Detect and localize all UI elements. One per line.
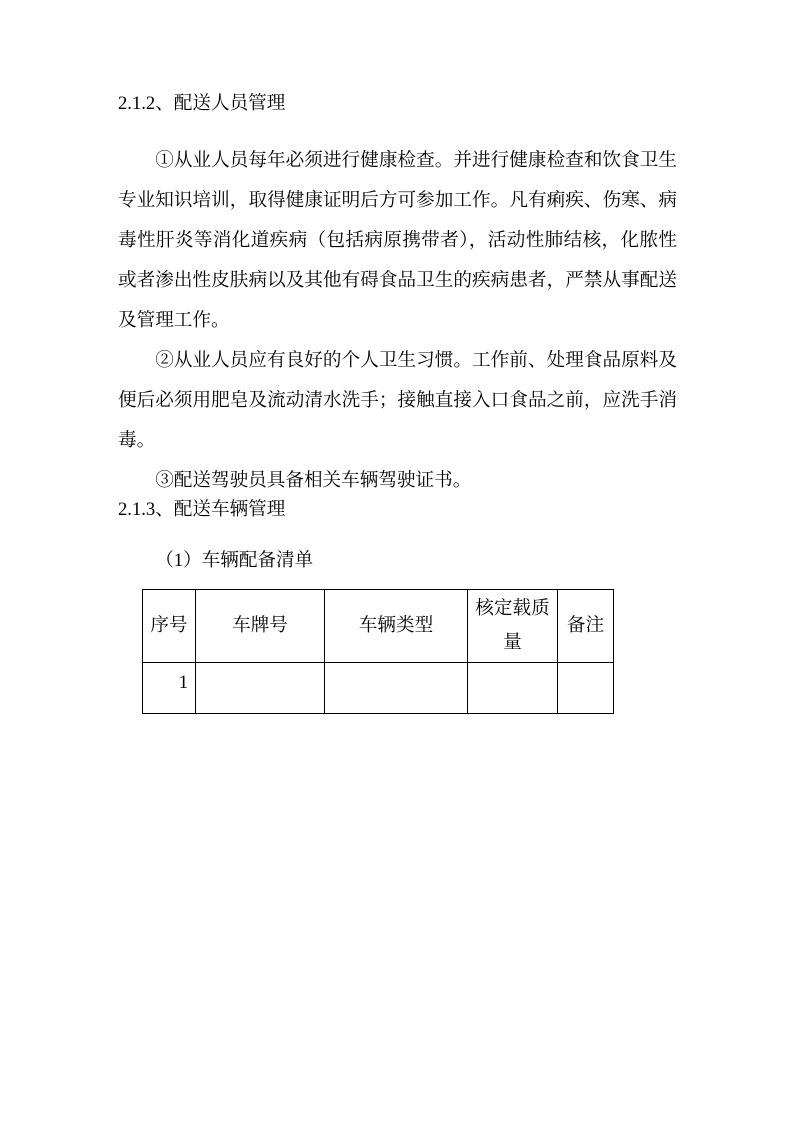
- cell-remarks: [558, 663, 614, 714]
- table-row: 1: [143, 663, 614, 714]
- header-cell-remarks: 备注: [558, 590, 614, 663]
- header-cell-plate-number: 车牌号: [196, 590, 325, 663]
- section-heading-212: 2.1.2、配送人员管理: [118, 89, 677, 119]
- header-cell-vehicle-type: 车辆类型: [325, 590, 468, 663]
- document-content: 2.1.2、配送人员管理 ①从业人员每年必须进行健康检查。并进行健康检查和饮食卫…: [0, 89, 794, 714]
- cell-plate-number: [196, 663, 325, 714]
- vehicle-table-header-row: 序号 车牌号 车辆类型 核定载质量 备注: [143, 590, 614, 663]
- paragraph-health-check: ①从业人员每年必须进行健康检查。并进行健康检查和饮食卫生专业知识培训，取得健康证…: [118, 141, 677, 341]
- cell-index: 1: [143, 663, 196, 714]
- paragraph-hygiene-habits: ②从业人员应有良好的个人卫生习惯。工作前、处理食品原料及便后必须用肥皂及流动清水…: [118, 341, 677, 461]
- header-cell-index: 序号: [143, 590, 196, 663]
- document-page: 2.1.2、配送人员管理 ①从业人员每年必须进行健康检查。并进行健康检查和饮食卫…: [0, 0, 794, 1123]
- cell-load-capacity: [468, 663, 558, 714]
- cell-vehicle-type: [325, 663, 468, 714]
- vehicle-list-label: （1）车辆配备清单: [118, 546, 677, 576]
- header-cell-load-capacity: 核定载质量: [468, 590, 558, 663]
- vehicle-table: 序号 车牌号 车辆类型 核定载质量 备注 1: [142, 589, 614, 714]
